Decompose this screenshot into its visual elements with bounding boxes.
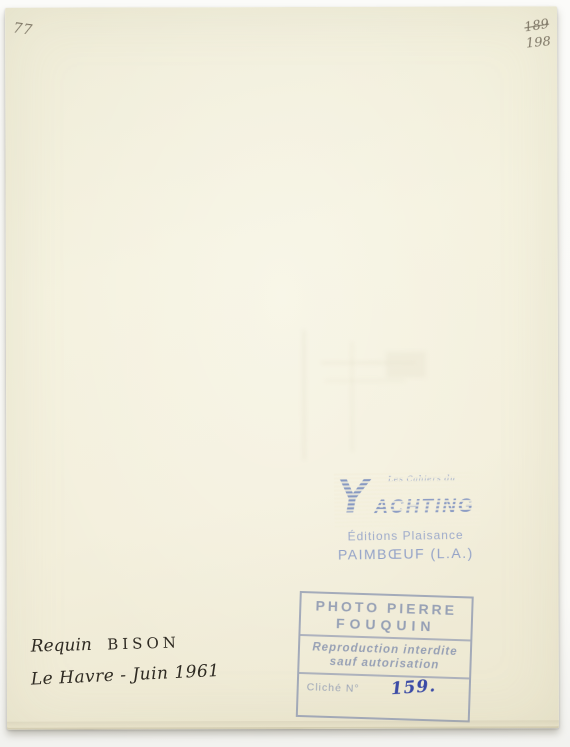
handwritten-caption: Requin BISON Le Havre - Juin 1961 <box>31 633 261 685</box>
yachting-logo-initial: Y <box>336 471 369 523</box>
caption-line2: Le Havre - Juin 1961 <box>30 659 261 690</box>
yachting-city-line: PAIMBŒUF (L.A.) <box>323 545 489 563</box>
cliche-row: Cliché N° 159. <box>298 674 469 707</box>
caption-line1: Requin BISON <box>30 630 260 657</box>
yachting-editions-line: Éditions Plaisance <box>331 528 481 544</box>
pencil-number: 198 <box>525 34 551 51</box>
photo-verso-card: 77 189 198 Les Cahiers du Y ACHTING Édit… <box>5 6 559 729</box>
ghost-impression <box>291 322 441 472</box>
caption-ship-name: BISON <box>107 633 180 653</box>
cliche-number-handwritten: 159. <box>390 676 437 699</box>
yachting-logo-wordmark: ACHTING <box>374 496 475 519</box>
yachting-publisher-stamp: Les Cahiers du Y ACHTING Éditions Plaisa… <box>330 470 481 572</box>
stamp-divider-top <box>300 634 470 641</box>
cliche-label: Cliché N° <box>307 681 360 695</box>
caption-subject-word: Requin <box>30 635 92 657</box>
pencil-number-crossed-out: 189 <box>523 16 550 37</box>
pencil-numbers-top-right: 189 198 <box>505 16 552 54</box>
yachting-logo: Y ACHTING <box>334 474 481 528</box>
fouquin-photographer-stamp: PHOTO PIERRE FOUQUIN Reproduction interd… <box>296 591 474 723</box>
pencil-number-top-left: 77 <box>12 20 34 39</box>
